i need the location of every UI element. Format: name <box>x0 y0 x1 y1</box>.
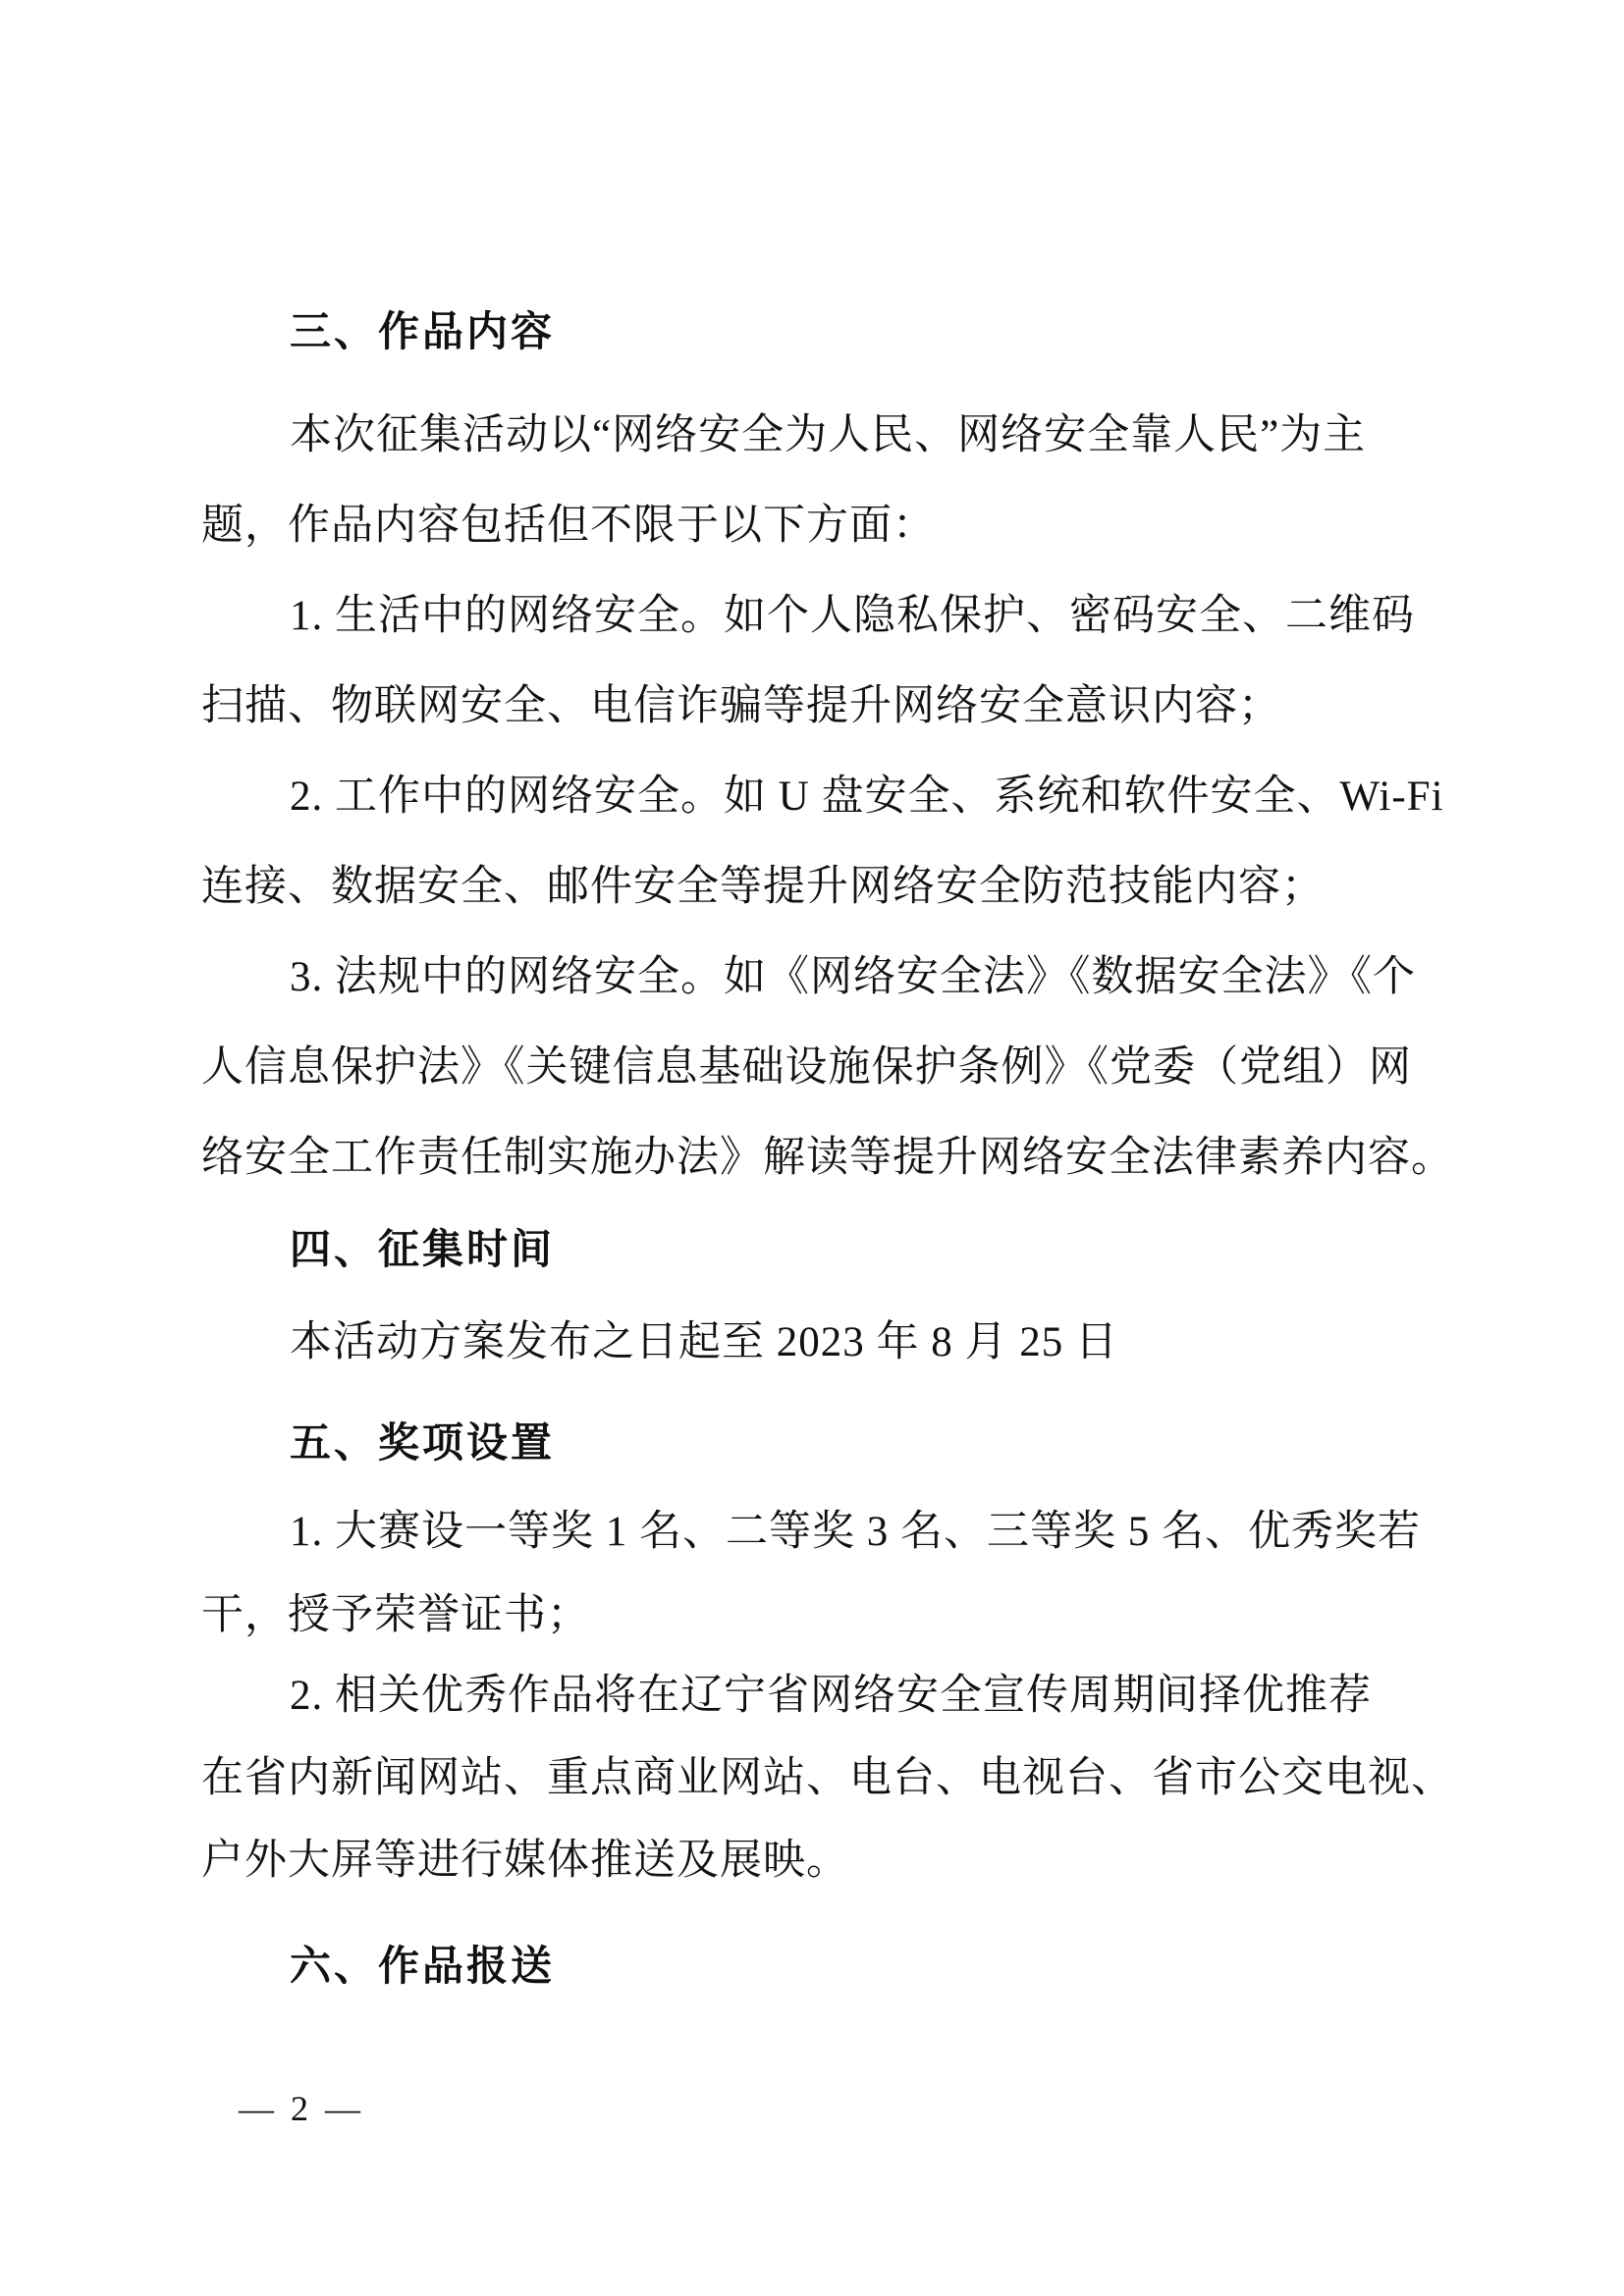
body-line: 2. 相关优秀作品将在辽宁省网络安全宣传周期间择优推荐 <box>290 1673 1372 1719</box>
heading-collection-period: 四、征集时间 <box>290 1227 555 1272</box>
body-line: 连接、数据安全、邮件安全等提升网络安全防范技能内容； <box>201 864 1325 910</box>
heading-works-submission: 六、作品报送 <box>290 1944 555 1989</box>
body-line: 2. 工作中的网络安全。如 U 盘安全、系统和软件安全、Wi-Fi <box>290 774 1444 820</box>
heading-awards-setup: 五、奖项设置 <box>290 1420 555 1466</box>
heading-works-content: 三、作品内容 <box>290 309 555 354</box>
body-line: 1. 生活中的网络安全。如个人隐私保护、密码安全、二维码 <box>290 593 1415 639</box>
document-page: 三、作品内容 本次征集活动以“网络安全为人民、网络安全靠人民”为主 题，作品内容… <box>0 0 1624 2296</box>
body-line: 络安全工作责任制实施办法》解读等提升网络安全法律素养内容。 <box>201 1135 1454 1181</box>
body-line: 在省内新闻网站、重点商业网站、电台、电视台、省市公交电视、 <box>201 1755 1454 1801</box>
body-line: 本次征集活动以“网络安全为人民、网络安全靠人民”为主 <box>290 412 1366 458</box>
body-line: 户外大屏等进行媒体推送及展映。 <box>201 1838 849 1884</box>
body-line: 人信息保护法》《关键信息基础设施保护条例》《党委（党组）网 <box>201 1044 1412 1091</box>
body-line: 本活动方案发布之日起至 2023 年 8 月 25 日 <box>290 1319 1118 1365</box>
body-line: 3. 法规中的网络安全。如《网络安全法》《数据安全法》《个 <box>290 954 1416 1000</box>
body-line: 干，授予荣誉证书； <box>201 1592 590 1638</box>
body-line: 扫描、物联网安全、电信诈骗等提升网络安全意识内容； <box>201 683 1281 729</box>
page-number: — 2 — <box>239 2088 364 2129</box>
body-line: 题，作品内容包括但不限于以下方面： <box>201 503 936 549</box>
body-line: 1. 大赛设一等奖 1 名、二等奖 3 名、三等奖 5 名、优秀奖若 <box>290 1509 1421 1555</box>
